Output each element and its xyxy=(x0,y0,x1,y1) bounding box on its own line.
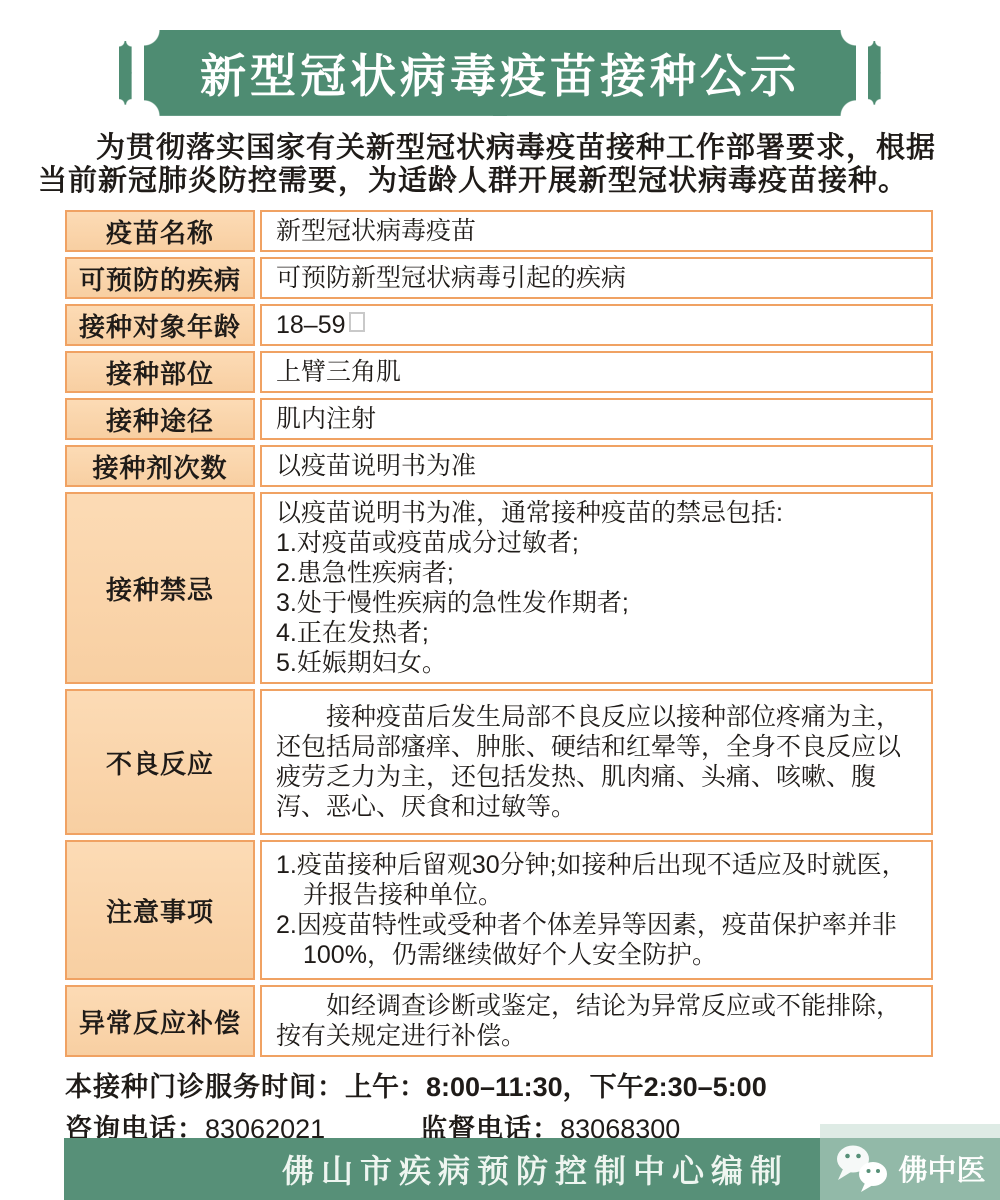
table-row: 接种部位 上臂三角肌 xyxy=(65,351,933,393)
table-row: 注意事项 1.疫苗接种后留观30分钟;如接种后出现不适应及时就医，并报告接种单位… xyxy=(65,840,933,980)
row-content-line: 4.正在发热者; xyxy=(276,618,921,648)
row-content: 肌内注射 xyxy=(260,398,933,440)
row-label: 疫苗名称 xyxy=(65,210,255,252)
banner-right-cap xyxy=(868,41,881,105)
row-content: 新型冠状病毒疫苗 xyxy=(260,210,933,252)
row-label: 接种部位 xyxy=(65,351,255,393)
row-content: 以疫苗说明书为准 xyxy=(260,445,933,487)
row-label: 不良反应 xyxy=(65,689,255,835)
row-content-line: 以疫苗说明书为准，通常接种疫苗的禁忌包括: xyxy=(276,498,921,528)
row-content-line: 1.对疫苗或疫苗成分过敏者; xyxy=(276,528,921,558)
service-hours-line: 本接种门诊服务时间：上午：8:00–11:30，下午2:30–5:00 xyxy=(65,1071,1000,1103)
table-row: 异常反应补偿 如经调查诊断或鉴定，结论为异常反应或不能排除，按有关规定进行补偿。 xyxy=(65,985,933,1057)
row-label: 接种剂次数 xyxy=(65,445,255,487)
row-content-line: 5.妊娠期妇女。 xyxy=(276,648,921,678)
service-hours-label: 本接种门诊服务时间： xyxy=(65,1072,345,1102)
row-content-line: 3.处于慢性疾病的急性发作期者; xyxy=(276,588,921,618)
banner-body: 新型冠状病毒疫苗接种公示 xyxy=(144,30,856,116)
row-label: 接种禁忌 xyxy=(65,492,255,684)
row-content-line: 1.疫苗接种后留观30分钟;如接种后出现不适应及时就医，并报告接种单位。 xyxy=(276,850,921,910)
row-content-line: 肌内注射 xyxy=(276,404,921,434)
row-content: 可预防新型冠状病毒引起的疾病 xyxy=(260,257,933,299)
row-label: 注意事项 xyxy=(65,840,255,980)
table-row: 疫苗名称 新型冠状病毒疫苗 xyxy=(65,210,933,252)
row-label: 可预防的疾病 xyxy=(65,257,255,299)
table-row: 接种途径 肌内注射 xyxy=(65,398,933,440)
row-content-line: 18–59 xyxy=(276,310,921,340)
title-banner: 新型冠状病毒疫苗接种公示 xyxy=(144,30,856,116)
row-label: 接种对象年龄 xyxy=(65,304,255,346)
row-content: 上臂三角肌 xyxy=(260,351,933,393)
row-content: 接种疫苗后发生局部不良反应以接种部位疼痛为主，还包括局部瘙痒、肿胀、硬结和红晕等… xyxy=(260,689,933,835)
banner-left-cap xyxy=(119,41,132,105)
missing-glyph-box xyxy=(349,312,365,332)
row-content: 1.疫苗接种后留观30分钟;如接种后出现不适应及时就医，并报告接种单位。2.因疫… xyxy=(260,840,933,980)
row-content-line: 上臂三角肌 xyxy=(276,357,921,387)
row-content-line: 可预防新型冠状病毒引起的疾病 xyxy=(276,263,921,293)
row-content-line: 2.因疫苗特性或受种者个体差异等因素，疫苗保护率并非100%，仍需继续做好个人安… xyxy=(276,910,921,970)
row-content-line: 如经调查诊断或鉴定，结论为异常反应或不能排除，按有关规定进行补偿。 xyxy=(276,991,921,1051)
row-content-line: 以疫苗说明书为准 xyxy=(276,451,921,481)
row-label: 异常反应补偿 xyxy=(65,985,255,1057)
vaccine-table: 疫苗名称 新型冠状病毒疫苗 可预防的疾病 可预防新型冠状病毒引起的疾病 接种对象… xyxy=(65,210,933,1057)
page-title: 新型冠状病毒疫苗接种公示 xyxy=(200,40,800,106)
vaccination-notice-poster: 新型冠状病毒疫苗接种公示 为贯彻落实国家有关新型冠状病毒疫苗接种工作部署要求，根… xyxy=(0,0,1000,1200)
wechat-icon xyxy=(834,1143,892,1193)
row-label: 接种途径 xyxy=(65,398,255,440)
row-content: 18–59 xyxy=(260,304,933,346)
row-content-line: 新型冠状病毒疫苗 xyxy=(276,216,921,246)
row-content: 以疫苗说明书为准，通常接种疫苗的禁忌包括:1.对疫苗或疫苗成分过敏者;2.患急性… xyxy=(260,492,933,684)
table-row: 接种禁忌 以疫苗说明书为准，通常接种疫苗的禁忌包括:1.对疫苗或疫苗成分过敏者;… xyxy=(65,492,933,684)
service-hours-value: 上午：8:00–11:30，下午2:30–5:00 xyxy=(345,1072,767,1102)
watermark-account-name: 佛中医 xyxy=(898,1148,985,1189)
table-row: 可预防的疾病 可预防新型冠状病毒引起的疾病 xyxy=(65,257,933,299)
wechat-watermark: 佛中医 xyxy=(820,1124,1000,1200)
table-row: 接种剂次数 以疫苗说明书为准 xyxy=(65,445,933,487)
row-content: 如经调查诊断或鉴定，结论为异常反应或不能排除，按有关规定进行补偿。 xyxy=(260,985,933,1057)
row-content-line: 2.患急性疾病者; xyxy=(276,558,921,588)
table-row: 接种对象年龄 18–59 xyxy=(65,304,933,346)
row-content-line: 接种疫苗后发生局部不良反应以接种部位疼痛为主，还包括局部瘙痒、肿胀、硬结和红晕等… xyxy=(276,702,921,822)
footer-bar: 佛山市疾病预防控制中心编制 佛中医 xyxy=(64,1138,1000,1200)
table-row: 不良反应 接种疫苗后发生局部不良反应以接种部位疼痛为主，还包括局部瘙痒、肿胀、硬… xyxy=(65,689,933,835)
intro-paragraph: 为贯彻落实国家有关新型冠状病毒疫苗接种工作部署要求，根据当前新冠肺炎防控需要，为… xyxy=(38,132,964,198)
